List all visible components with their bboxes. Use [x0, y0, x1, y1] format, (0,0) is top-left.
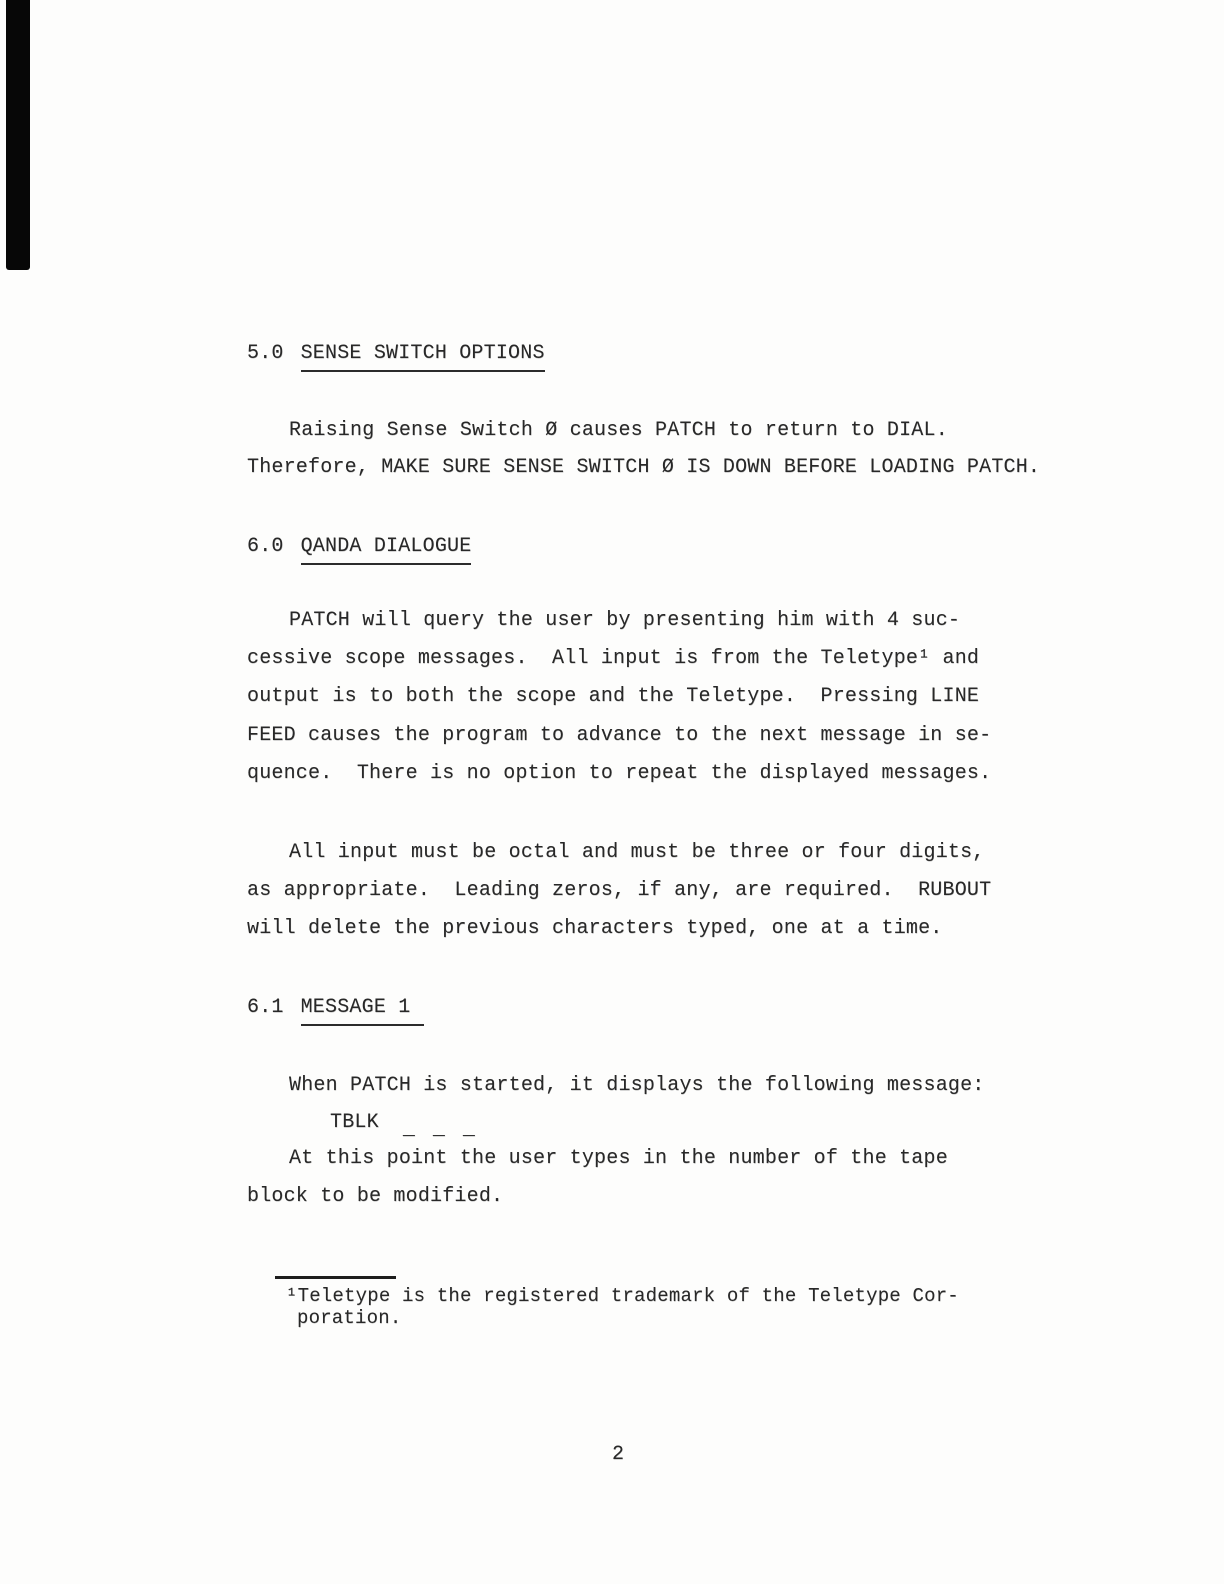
section-title: MESSAGE 1	[301, 996, 425, 1026]
section-number: 6.1	[247, 996, 284, 1020]
section-heading-6-1: 6.1MESSAGE 1	[247, 996, 424, 1026]
paragraph-line: will delete the previous characters type…	[247, 917, 943, 941]
paragraph-line: Therefore, MAKE SURE SENSE SWITCH Ø IS D…	[247, 456, 1040, 480]
paragraph-line: FEED causes the program to advance to th…	[247, 724, 991, 748]
message-display-label: TBLK	[330, 1111, 379, 1134]
paragraph-line: cessive scope messages. All input is fro…	[247, 647, 979, 671]
paragraph-line: PATCH will query the user by presenting …	[289, 609, 960, 633]
message-blanks: _ _ _	[403, 1118, 478, 1142]
paragraph-line: as appropriate. Leading zeros, if any, a…	[247, 879, 991, 903]
section-title: QANDA DIALOGUE	[301, 535, 472, 565]
section-heading-5-0: 5.0SENSE SWITCH OPTIONS	[247, 342, 545, 372]
footnote-line: poration.	[297, 1307, 401, 1329]
section-title: SENSE SWITCH OPTIONS	[301, 342, 545, 372]
footnote-line: ¹Teletype is the registered trademark of…	[286, 1285, 959, 1307]
footnote-rule	[275, 1276, 396, 1279]
section-number: 6.0	[247, 535, 284, 559]
scan-artifact-bar	[6, 0, 30, 270]
paragraph-line: Raising Sense Switch Ø causes PATCH to r…	[289, 419, 948, 443]
paragraph-line: output is to both the scope and the Tele…	[247, 685, 979, 709]
document-page: 5.0SENSE SWITCH OPTIONS Raising Sense Sw…	[0, 0, 1224, 1584]
message-display-line: TBLK_ _ _	[330, 1111, 478, 1135]
paragraph-line: All input must be octal and must be thre…	[289, 841, 985, 865]
paragraph-line: block to be modified.	[247, 1185, 503, 1209]
paragraph-line: quence. There is no option to repeat the…	[247, 762, 991, 786]
section-number: 5.0	[247, 342, 284, 366]
page-number: 2	[612, 1443, 624, 1467]
paragraph-line: At this point the user types in the numb…	[289, 1147, 948, 1171]
section-heading-6-0: 6.0QANDA DIALOGUE	[247, 535, 471, 565]
paragraph-line: When PATCH is started, it displays the f…	[289, 1074, 985, 1098]
